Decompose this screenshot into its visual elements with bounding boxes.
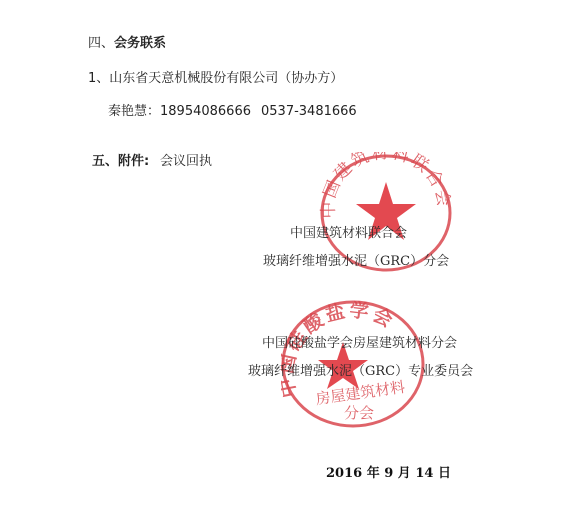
- contact-name: 秦艳慧：: [108, 104, 160, 119]
- contact-line: 秦艳慧：189540866660537-3481666: [108, 100, 357, 119]
- signature2-line1: 中国硅酸盐学会房屋建筑材料分会: [262, 332, 457, 351]
- contact-company: 1、山东省天意机械股份有限公司（协办方）: [88, 67, 343, 86]
- signature2-line2: 玻璃纤维增强水泥（GRC）专业委员会: [248, 360, 473, 379]
- seal2-inner-line2: 分会: [344, 404, 374, 422]
- attachment-name: 会议回执: [160, 150, 212, 169]
- section5-heading: 五、附件:: [92, 150, 149, 169]
- section4-heading: 四、会务联系: [88, 32, 166, 51]
- section4-heading-prefix: 四、: [88, 36, 114, 51]
- document-date: 2016 年 9 月 14 日: [326, 462, 451, 481]
- contact-phone: 0537-3481666: [261, 104, 357, 119]
- contact-mobile: 18954086666: [160, 104, 251, 119]
- signature1-line2: 玻璃纤维增强水泥（GRC）分会: [263, 250, 449, 269]
- section4-heading-text: 会务联系: [114, 36, 166, 51]
- signature1-line1: 中国建筑材料联合会: [290, 222, 407, 241]
